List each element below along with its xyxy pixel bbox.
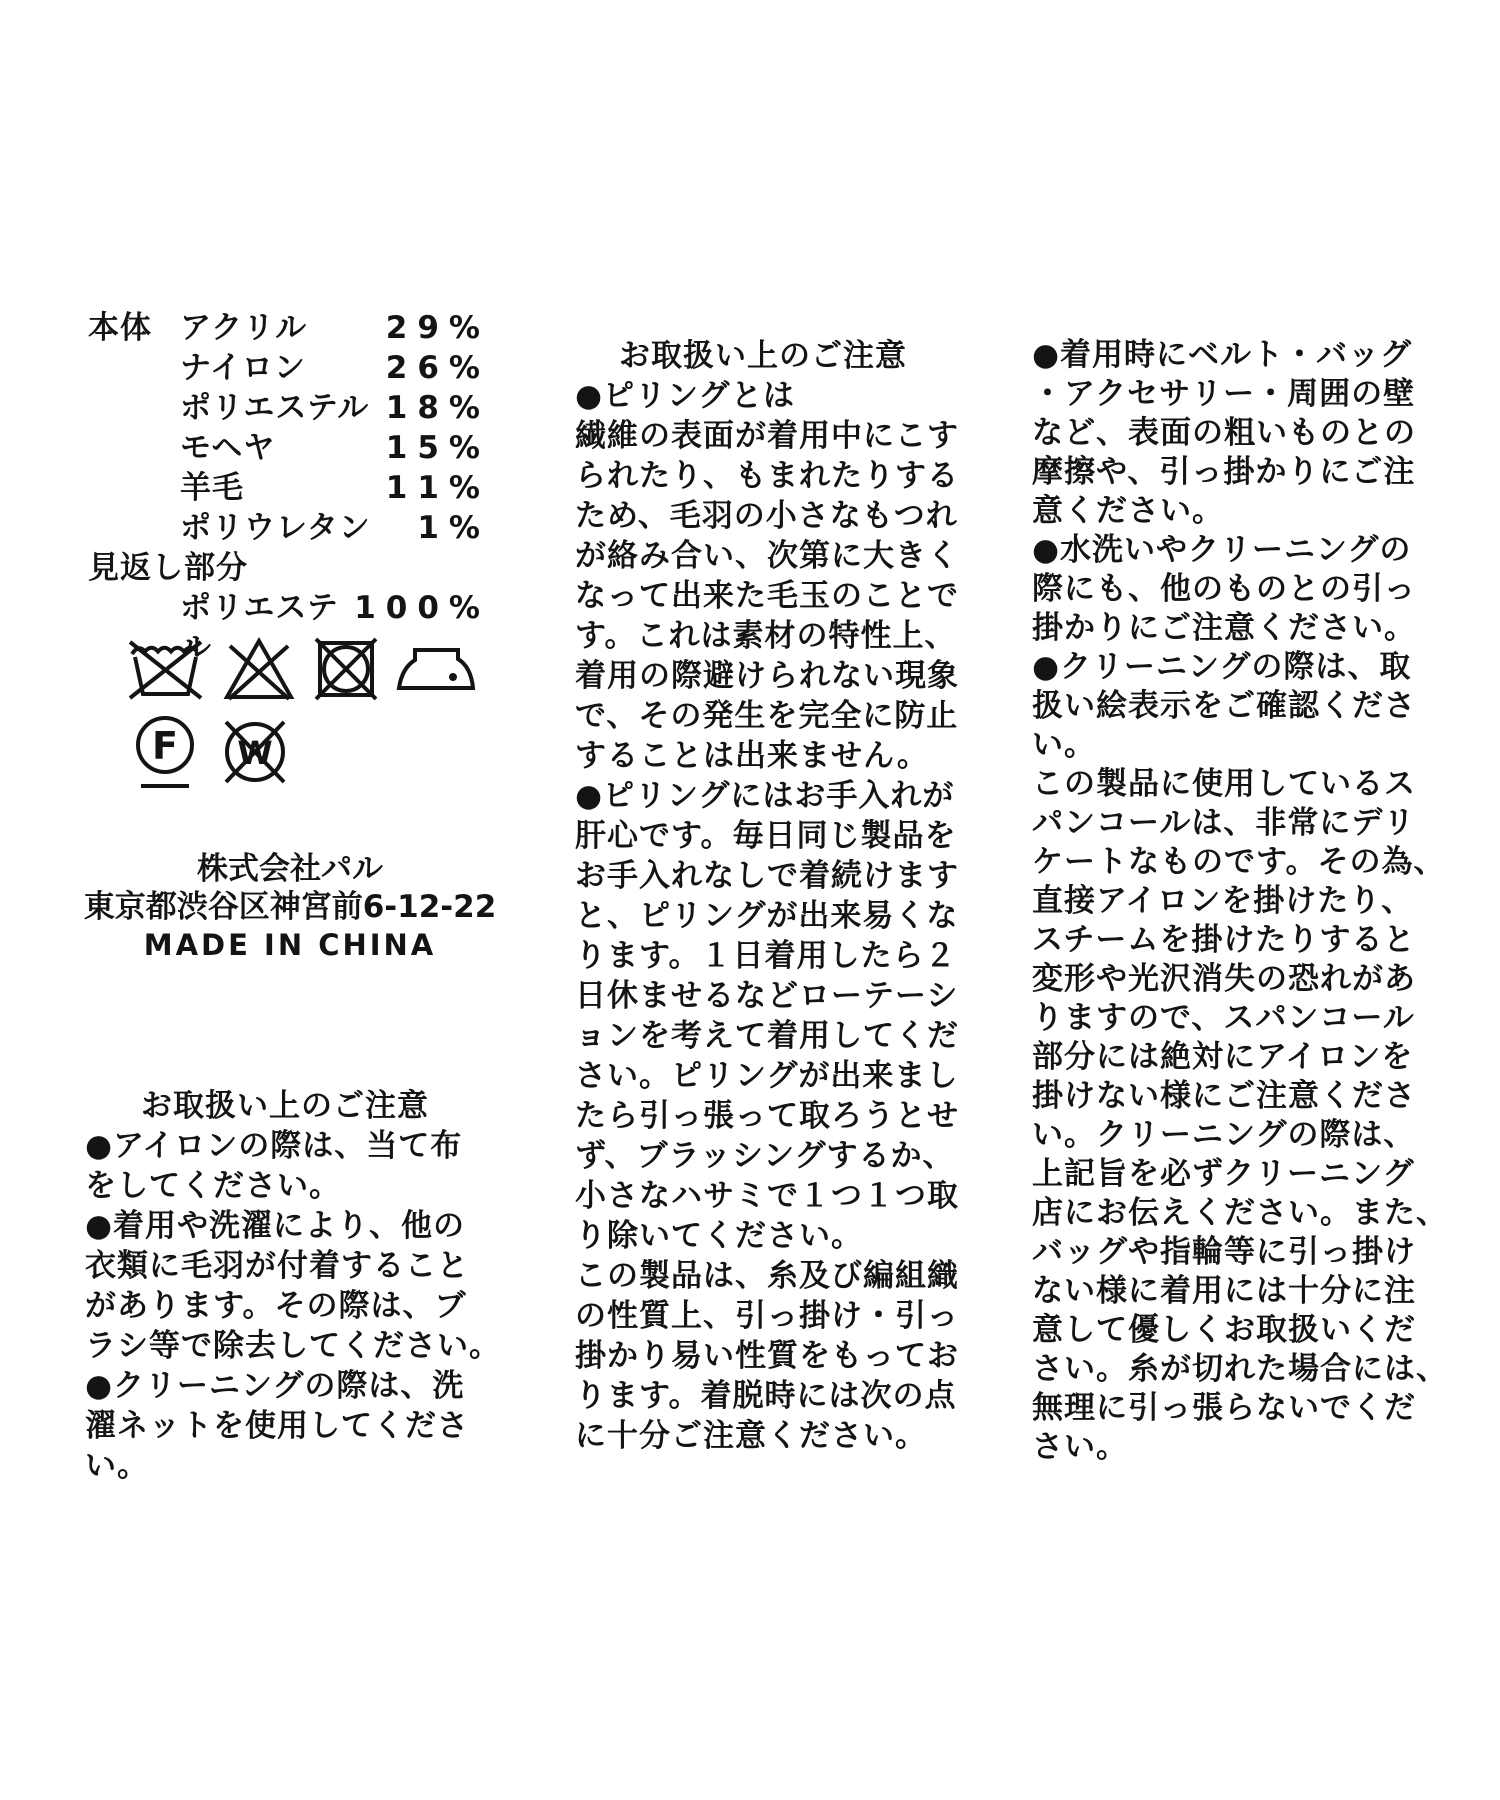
right-care-notes: ●着用時にベルト・バッグ ・アクセサリー・周囲の壁 など、表面の粗いものとの 摩… [1032, 336, 1452, 1467]
composition-row: モヘヤ 15% [88, 428, 490, 468]
do-not-tumble-dry-icon [312, 636, 380, 702]
care-label-page: 本体 アクリル 29% ナイロン 26% ポリエステル 18% モヘヤ 15% … [0, 0, 1500, 1800]
iron-low-heat-icon [396, 636, 476, 702]
do-not-wet-clean-icon: W [216, 714, 294, 794]
composition-section: 本体 アクリル 29% ナイロン 26% ポリエステル 18% モヘヤ 15% … [88, 308, 490, 668]
composition-row: 本体 アクリル 29% [88, 308, 490, 348]
company-name: 株式会社パル [60, 850, 520, 888]
material-percent: 15% [386, 428, 490, 468]
dry-clean-petroleum-gentle-icon: F [132, 714, 200, 794]
material-percent: 18% [386, 388, 490, 428]
material-name: ポリウレタン [180, 508, 417, 548]
composition-part-label: 本体 [88, 308, 180, 348]
company-info: 株式会社パル 東京都渋谷区神宮前6-12-22 MADE IN CHINA [60, 850, 520, 964]
composition-row: ナイロン 26% [88, 348, 490, 388]
material-percent: 29% [386, 308, 490, 348]
do-not-wash-icon [126, 636, 206, 702]
care-notes-body: ●着用時にベルト・バッグ ・アクセサリー・周囲の壁 など、表面の粗いものとの 摩… [1032, 336, 1452, 1467]
material-name: アクリル [180, 308, 386, 348]
care-symbols-row-2: F W [132, 714, 294, 794]
composition-part-label [88, 468, 180, 508]
composition-part-label [88, 348, 180, 388]
care-notes-title: お取扱い上のご注意 [85, 1086, 485, 1126]
material-name: ポリエステル [180, 388, 386, 428]
material-name: ナイロン [180, 348, 386, 388]
company-address: 東京都渋谷区神宮前6-12-22 [60, 888, 520, 926]
do-not-bleach-icon [222, 636, 296, 702]
country-of-origin: MADE IN CHINA [60, 926, 520, 964]
composition-row: 羊毛 11% [88, 468, 490, 508]
composition-part-label [88, 428, 180, 468]
middle-care-notes: お取扱い上のご注意 ●ピリングとは 繊維の表面が着用中にこす られたり、もまれた… [575, 336, 975, 1456]
material-name: モヘヤ [180, 428, 386, 468]
composition-row: ポリエステル 18% [88, 388, 490, 428]
lining-section-label: 見返し部分 [88, 548, 490, 588]
care-notes-title: お取扱い上のご注意 [575, 336, 951, 376]
left-care-notes: お取扱い上のご注意 ●アイロンの際は、当て布 をしてください。 ●着用や洗濯によ… [85, 1086, 505, 1486]
care-notes-body: ●ピリングとは 繊維の表面が着用中にこす られたり、もまれたりする ため、毛羽の… [575, 376, 975, 1456]
composition-row: ポリウレタン 1% [88, 508, 490, 548]
composition-part-label [88, 388, 180, 428]
material-percent: 1% [417, 508, 490, 548]
material-percent: 11% [386, 468, 490, 508]
material-name: 羊毛 [180, 468, 386, 508]
composition-part-label [88, 508, 180, 548]
care-notes-body: ●アイロンの際は、当て布 をしてください。 ●着用や洗濯により、他の 衣類に毛羽… [85, 1126, 505, 1486]
care-symbols-row-1 [126, 636, 476, 702]
material-percent: 26% [386, 348, 490, 388]
dry-clean-letter: F [152, 724, 178, 768]
